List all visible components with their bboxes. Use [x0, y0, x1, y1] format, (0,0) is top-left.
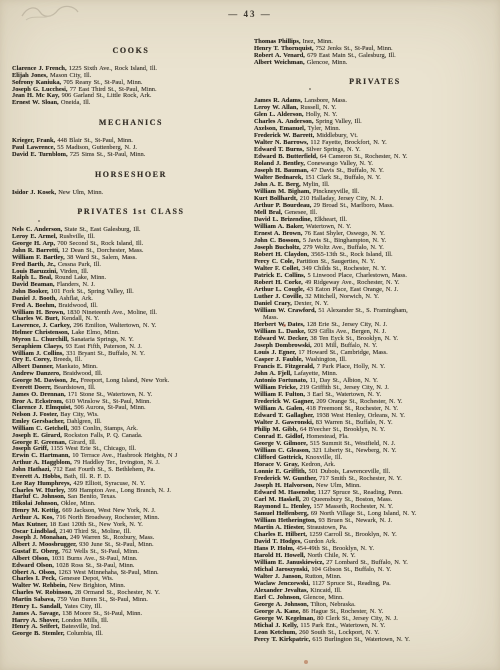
entry-name: John A. E. Berg, [254, 181, 303, 188]
roster-entry: Edward T. Burns, Silver Springs, N. Y. [254, 146, 496, 153]
roster-list: Thomas Phillips, Inez, Minn.Henry T. Tho… [254, 38, 496, 66]
entry-name: Frederick W. Gunther, [254, 475, 319, 482]
entry-name: William E. Januskiewicz, [254, 559, 326, 566]
entry-address: 32 Mitchell, Norwich, N. Y. [305, 293, 379, 300]
roster-entry: John A. Fjell, Lafayette, Minn. [254, 370, 496, 377]
entry-name: Michal J. Kelly, [254, 622, 300, 629]
roster-entry: George B. Stemler, Columbia, Ill. [12, 631, 250, 638]
roster-entry: William A. Baker, Watertown, N. Y. [254, 223, 496, 230]
entry-address: 210 Halladay, Jersey City, N. J. [300, 195, 383, 202]
roster-entry: Kurt Bollhardt, 210 Halladay, Jersey Cit… [254, 195, 496, 202]
roster-entry: George A. Kane, 86 Hague St., Rochester,… [254, 608, 496, 615]
entry-name: Charles E. Hilbert, [254, 531, 309, 538]
entry-address: 83 Warren St., Buffalo, N. Y. [316, 419, 393, 426]
entry-address: 5 Javis St., Binghampton, N. Y. [303, 237, 386, 244]
roster-entry: David T. Hodges, Gurdon Ark. [254, 538, 496, 545]
entry-name: Leon Ketchum, [254, 629, 299, 636]
entry-name: William A. Baker, [254, 223, 306, 230]
entry-address: 104 Gibson St., Buffalo, N. Y. [311, 566, 391, 573]
entry-address: North Chile, N. Y. [307, 552, 355, 559]
entry-name: Frederick W. Gagner, [254, 398, 316, 405]
roster-entry: Charles A. Anderson, Spring Valley, Ill. [254, 118, 496, 125]
roster-entry: Henry T. Thornquist, 752 Jenks St., St-P… [254, 45, 496, 52]
roster-entry: Walter J. Gawronski, 83 Warren St., Buff… [254, 419, 496, 426]
entry-name: Walter F. Collet, [254, 265, 302, 272]
roster-entry: Glen L. Alderson, Holly, N. Y. [254, 111, 496, 118]
roster-entry: William L. Danke, 929 Giflis Ave., Berge… [254, 328, 496, 335]
entry-name: Daniel Crary, [254, 300, 294, 307]
entry-name: John C. Bossom, [254, 237, 303, 244]
entry-name: Leroy W. Allan, [254, 104, 300, 111]
entry-address: 17 Howard St., Cambridge, Mass. [298, 349, 387, 356]
ink-speck [304, 660, 308, 664]
entry-name: William W. Crawford, [254, 307, 318, 314]
entry-name: Walter J. Gawronski, [254, 419, 316, 426]
entry-address: Lafayette, Minn. [294, 370, 337, 377]
entry-address: Partition St., Saugerties, N. Y. [296, 258, 375, 265]
roster-entry: Joseph H. Bauman, 47 Davis St., Buffalo,… [254, 167, 496, 174]
roster-entry: Joseph H. Halvorson, New Ulm, Minn. [254, 482, 496, 489]
entry-address: Lansbore, Mass. [304, 97, 347, 104]
entry-address: Kincaid, Ill. [310, 587, 341, 594]
entry-name: Henry T. Thornquist, [254, 45, 316, 52]
entry-name: Lonnie E. Griffith, [254, 468, 309, 475]
roster-entry: Francis E. Fitzgerald, 7 Park Place, Hol… [254, 363, 496, 370]
roster-list: James R. Adams, Lansbore, Mass.Leroy W. … [254, 97, 496, 643]
entry-address: 51 Alexander St., S. Framingham, [318, 307, 407, 314]
roster-column-right: Thomas Phillips, Inez, Minn.Henry T. Tho… [254, 38, 496, 660]
entry-name: Antonio Fortunato, [254, 377, 310, 384]
roster-entry: William W. Crawford, 51 Alexander St., S… [254, 307, 496, 321]
entry-name: Percy C. Cole, [254, 258, 296, 265]
roster-entry: Antonio Fortunato, 11, Day St., Albion, … [254, 377, 496, 384]
entry-address: 752 Jenks St., St-Paul, Minn. [316, 45, 393, 52]
entry-name: Michal Jaroszynski, [254, 566, 311, 573]
section-heading: COOKS [12, 46, 250, 55]
entry-address: Kedron, Ark. [301, 461, 335, 468]
section-heading: HORSESHOER [12, 170, 250, 179]
entry-address: Conewango Valley, N. Y. [307, 160, 373, 167]
entry-name: Arthur L. Cougle, [254, 286, 307, 293]
roster-entry: Robert H. Corke, 49 Ridgeway Ave., Roche… [254, 279, 496, 286]
entry-address: 7 Park Place, Holly, N. Y. [317, 363, 385, 370]
roster-entry: William C. Gleason, 321 Liberty St., New… [254, 447, 496, 454]
entry-address: Washington, Ill. [305, 356, 346, 363]
entry-name: William L. Danke, [254, 328, 308, 335]
roster-entry: Waclaw Jenczewski, 1127 Spruce St., Read… [254, 580, 496, 587]
entry-name: Ernest A. Brown, [254, 230, 305, 237]
entry-name: Axelson, Emanuel, [254, 125, 308, 132]
entry-name: Robert H. Corke, [254, 279, 305, 286]
roster-entry: Lonnie E. Griffith, 501 Dubois, Lawrence… [254, 468, 496, 475]
entry-address: Glencoe, Minn. [307, 59, 348, 66]
roster-entry: Samuel Helfenberg, 69 North Village St.,… [254, 510, 496, 517]
entry-name: Edward T. Gallagher, [254, 412, 316, 419]
entry-address: 679 East Main St., Galesburg, Ill. [307, 52, 396, 59]
entry-name: Casper J. Fauble, [254, 356, 305, 363]
roster-entry: David L. Brizendine, Elkheart, Ill. [254, 216, 496, 223]
entry-address: Genesee, Ill. [284, 209, 317, 216]
roster-entry: James R. Adams, Lansbore, Mass. [254, 97, 496, 104]
entry-address: 349 Childs St., Rochester, N. Y. [302, 265, 386, 272]
entry-address: 115 Park Ent., Watertown, N. Y. [300, 622, 385, 629]
entry-name: Edward M. Hasenohr, [254, 489, 318, 496]
entry-address: 615 Burlington St., Watertown, N. Y. [312, 636, 410, 643]
roster-entry: Herbert W. Dates, 128 Erie St., Jersey C… [254, 321, 496, 328]
entry-address: Holly, N. Y. [306, 111, 338, 118]
entry-address: 717 Smith St., Rochester, N. Y. [319, 475, 402, 482]
roster-entry: Arthur P. Bourdeau, 29 Broad St., Marlbo… [254, 202, 496, 209]
roster-entry: Leon Ketchum, 260 South St., Lockport, N… [254, 629, 496, 636]
entry-address: New Ulm, Minn. [316, 482, 361, 489]
roster-entry: William M. Bigham, Pinckneyville, Ill. [254, 188, 496, 195]
entry-name: Patrick E. Collins, [254, 272, 307, 279]
roster-entry: Conrad E. Gidlof, Homestead, Fla. [254, 433, 496, 440]
entry-address: 43 Eaton Place, East Orange, N. J. [307, 286, 399, 293]
roster-entry: Leroy W. Allan, Russell, N. Y. [254, 104, 496, 111]
entry-name: Ernest W. Sloan, [12, 99, 61, 106]
entry-name: Samuel Helfenberg, [254, 510, 311, 517]
entry-address: 47 Davis St., Buffalo, N. Y. [311, 167, 384, 174]
roster-entry: George W. Kegelman, 80 Clerk St., Jersey… [254, 615, 496, 622]
entry-address: 5 Linwood Place, Charlestown, Mass. [307, 272, 407, 279]
entry-name: Joseph Dombrowski, [254, 342, 314, 349]
roster-entry: Axelson, Emanuel, Tyler, Minn. [254, 125, 496, 132]
entry-name: David T. Hodges, [254, 538, 304, 545]
entry-address: Oneida, Ill. [61, 99, 91, 106]
entry-address: Dexter, N. Y. [294, 300, 329, 307]
roster-entry: Michal J. Kelly, 115 Park Ent., Watertow… [254, 622, 496, 629]
roster-entry: Frederick W. Gunther, 717 Smith St., Roc… [254, 475, 496, 482]
entry-name: William Hetherington, [254, 517, 318, 524]
entry-address: Rutton, Minn. [305, 573, 342, 580]
entry-name: Edward T. Burns, [254, 146, 306, 153]
entry-name: Percy T. Kirkpatric, [254, 636, 312, 643]
entry-address: 112 Fayette, Brockfort, N. Y. [310, 139, 386, 146]
entry-address: 1127 Spruce St., Reading, Penn. [318, 489, 403, 496]
entry-address: 501 Dubois, Lawrenceville, Ill. [309, 468, 391, 475]
entry-address: Inez, Minn. [303, 38, 333, 45]
entry-address: 157 Masseth, Rochester, N. Y. [314, 503, 394, 510]
entry-address: Glencoe, Minn. [303, 594, 344, 601]
entry-name: William A. Galen, [254, 405, 306, 412]
roster-entry: William E. Januskiewicz, 27 Lombard St.,… [254, 559, 496, 566]
entry-name: Roland J. Bentley, [254, 160, 307, 167]
roster-entry: Michal Jaroszynski, 104 Gibson St., Buff… [254, 566, 496, 573]
entry-address: 1259 Carroll St., Brooklyn, N. Y. [309, 531, 397, 538]
entry-address: Watertown, N. Y. [306, 223, 351, 230]
entry-address: 725 Sims St., St-Paul, Minn. [70, 151, 146, 158]
entry-address: 1127 Spruce St., Reading, Pa. [312, 580, 391, 587]
entry-name: Alexander Jevaltas, [254, 587, 310, 594]
entry-name: George W. Kegelman, [254, 615, 317, 622]
roster-entry: Walter F. Collet, 349 Childs St., Roches… [254, 265, 496, 272]
roster-entry: Edward W. Decker, 38 Ten Eyck St., Brook… [254, 335, 496, 342]
roster-entry: Edward B. Butterfield, 64 Cameron St., R… [254, 153, 496, 160]
entry-name: Kurt Bollhardt, [254, 195, 300, 202]
entry-address: Mylin, Ill. [303, 181, 330, 188]
roster-entry: Harold H. Howell, North Chile, N. Y. [254, 552, 496, 559]
roster-entry: Raymond L. Henley, 157 Masseth, Rocheste… [254, 503, 496, 510]
entry-name: James R. Adams, [254, 97, 304, 104]
roster-entry: Walter N. Barrows, 112 Fayette, Brockfor… [254, 139, 496, 146]
entry-address: 219 Griffith St., Jersey City, N. J. [300, 384, 389, 391]
entry-name: Walter Bednarek, [254, 174, 305, 181]
entry-address: Gurdon Ark. [304, 538, 337, 545]
roster-entry: Ernest A. Brown, 76 East Shyler, Oswego,… [254, 230, 496, 237]
entry-address: Spring Valley, Ill. [316, 118, 362, 125]
entry-name: Louis J. Egner, [254, 349, 298, 356]
entry-address: 3565-13th St., Rock Island, Ill. [311, 251, 393, 258]
entry-address: 11, Day St., Albion, N. Y. [310, 377, 378, 384]
roster-entry: Casper J. Fauble, Washington, Ill. [254, 356, 496, 363]
entry-address: 3 Earl St., Watertown, N. Y. [307, 391, 381, 398]
entry-address: Columbia, Ill. [67, 630, 103, 637]
entry-name: Joseph Bucholtz, [254, 244, 303, 251]
roster-entry: Arthur L. Cougle, 43 Eaton Place, East O… [254, 286, 496, 293]
ink-dot [38, 220, 40, 222]
roster-entry: Frederick W. Gagner, 209 Orange St., Roc… [254, 398, 496, 405]
entry-address: 209 Orange St., Rochester, N. Y. [316, 398, 402, 405]
entry-name: Waclaw Jenczewski, [254, 580, 312, 587]
section-heading: PRIVATES 1st CLASS [12, 207, 250, 216]
entry-address: 201 Mill, Buffalo, N. Y. [314, 342, 377, 349]
roster-list: Isidor J. Kosek, New Ulm, Minn. [12, 190, 250, 197]
roster-entry: Albert Weichman, Glencoe, Minn. [254, 59, 496, 66]
roster-list: Nels C. Anderson, State St., East Galesb… [12, 227, 250, 638]
roster-entry: Philip M. Gibb, 64 B'eecher St., Brookly… [254, 426, 496, 433]
roster-entry: Patrick E. Collins, 5 Linwood Place, Cha… [254, 272, 496, 279]
roster-entry: Thomas Phillips, Inez, Minn. [254, 38, 496, 45]
entry-address: 64 B'eecher St., Brooklyn, N. Y. [300, 426, 385, 433]
entry-name: William F. Fulton, [254, 391, 307, 398]
entry-name: Horace V. Gray, [254, 461, 301, 468]
roster-entry: George A. Johnson, Tilton, Nebraska. [254, 601, 496, 608]
entry-name: Isidor J. Kosek, [12, 189, 58, 196]
scanned-page: — 43 — COOKSClarence J. French, 1225 Six… [0, 0, 500, 670]
roster-entry: Walter Bednarek, 151 Clark St., Buffalo,… [254, 174, 496, 181]
roster-entry: Daniel Crary, Dexter, N. Y. [254, 300, 496, 307]
roster-entry: William A. Galen, 418 Freemont St., Roch… [254, 405, 496, 412]
roster-entry: Robert A. Venard, 679 East Main St., Gal… [254, 52, 496, 59]
entry-name: Harold H. Howell, [254, 552, 307, 559]
entry-name: Raymond L. Henley, [254, 503, 314, 510]
entry-name: Joseph H. Bauman, [254, 167, 311, 174]
entry-address: 418 Freemont St., Rochester, N. Y. [306, 405, 398, 412]
entry-address: 27 Lombard St., Buffalo, N. Y. [326, 559, 408, 566]
entry-name: David E. Turnblom, [12, 151, 70, 158]
roster-entry: Louis J. Egner, 17 Howard St., Cambridge… [254, 349, 496, 356]
roster-entry: Frederick W. Barrett, Middlebury, Vt. [254, 132, 496, 139]
entry-address: 929 Giflis Ave., Bergen, N. J. [308, 328, 386, 335]
roster-entry: Walter J. Janson, Rutton, Minn. [254, 573, 496, 580]
entry-name: Francis E. Fitzgerald, [254, 363, 317, 370]
entry-name: Philip M. Gibb, [254, 426, 300, 433]
entry-name: George V. Gilmore, [254, 440, 310, 447]
entry-name: George A. Kane, [254, 608, 302, 615]
roster-entry: Joseph Bucholtz, 279 Woltz Ave., Buffalo… [254, 244, 496, 251]
entry-address: 321 Liberty St., Newberg, N. Y. [312, 447, 396, 454]
entry-name: Glen L. Alderson, [254, 111, 306, 118]
ink-dot [309, 88, 311, 90]
roster-entry: Mell Bral, Genesee, Ill. [254, 209, 496, 216]
roster-entry: Hans P. Holm, 454-49th St., Brooklyn, N.… [254, 545, 496, 552]
roster-entry: David E. Turnblom, 725 Sims St., St-Paul… [12, 152, 250, 159]
entry-address: Tyler, Minn. [308, 125, 340, 132]
entry-address: 76 East Shyler, Oswego, N. Y. [305, 230, 385, 237]
roster-entry: Isidor J. Kosek, New Ulm, Minn. [12, 190, 250, 197]
entry-address: Elkheart, Ill. [314, 216, 347, 223]
entry-name: Robert A. Venard, [254, 52, 307, 59]
roster-entry: Clifford Gottrick, Knoxville, Ill. [254, 454, 496, 461]
roster-column-left: COOKSClarence J. French, 1225 Sixth Ave.… [12, 42, 250, 654]
entry-name: Thomas Phillips, [254, 38, 303, 45]
entry-name: Hans P. Holm, [254, 545, 297, 552]
roster-entry: William Fricke, 219 Griffith St., Jersey… [254, 384, 496, 391]
entry-name: George B. Stemler, [12, 630, 67, 637]
entry-name: Clifford Gottrick, [254, 454, 305, 461]
entry-address: 20 Queensbury St., Boston, Mass. [303, 496, 392, 503]
entry-name: David L. Brizendine, [254, 216, 314, 223]
roster-entry: Martin A. Hiester, Straustown, Pa. [254, 524, 496, 531]
entry-name: William C. Gleason, [254, 447, 312, 454]
entry-address: 128 Erie St., Jersey City, N. J. [307, 321, 387, 328]
entry-name: Albert Weichman, [254, 59, 307, 66]
entry-address-wrap: Mass. [254, 314, 496, 321]
roster-list: Clarence J. French, 1225 Sixth Ave., Roc… [12, 66, 250, 107]
entry-name: Edward B. Butterfield, [254, 153, 320, 160]
entry-address: Knoxville, Ill. [305, 454, 342, 461]
roster-entry: Roland J. Bentley, Conewango Valley, N. … [254, 160, 496, 167]
entry-name: Joseph H. Halvorson, [254, 482, 316, 489]
entry-name: Earl C. Johnson, [254, 594, 303, 601]
entry-address: Russell, N. Y. [300, 104, 336, 111]
entry-name: William M. Bigham, [254, 188, 313, 195]
roster-entry: Joseph Dombrowski, 201 Mill, Buffalo, N.… [254, 342, 496, 349]
entry-name: William Fricke, [254, 384, 300, 391]
entry-address: 86 Hague St., Rochester, N. Y. [302, 608, 383, 615]
entry-name: Arthur P. Bourdeau, [254, 202, 314, 209]
roster-entry: Horace V. Gray, Kedron, Ark. [254, 461, 496, 468]
page-number: — 43 — [0, 9, 500, 19]
roster-list: Krieger, Frank, 448 Blair St., St-Paul, … [12, 138, 250, 159]
entry-address: Pinckneyville, Ill. [313, 188, 359, 195]
entry-address: 260 South St., Lockport, N. Y. [299, 629, 379, 636]
section-heading: MECHANICS [12, 118, 250, 127]
entry-address: Homestead, Fla. [306, 433, 348, 440]
entry-name: Edward W. Decker, [254, 335, 310, 342]
entry-name: Robert H. Claydon, [254, 251, 311, 258]
entry-address: 80 Clerk St., Jersey City, N. J. [317, 615, 398, 622]
ink-speck [283, 324, 286, 327]
entry-address: 1938 West Henley, Orleans, N. Y. [316, 412, 405, 419]
entry-address: Silver Springs, N. Y. [306, 146, 360, 153]
roster-entry: Alexander Jevaltas, Kincaid, Ill. [254, 587, 496, 594]
entry-address: 69 North Village St., Long Island, N. Y. [311, 510, 417, 517]
entry-name: Herbert W. Dates, [254, 321, 307, 328]
entry-address: 151 Clark St., Buffalo, N. Y. [305, 174, 381, 181]
entry-name: Walter J. Janson, [254, 573, 305, 580]
roster-entry: Edward M. Hasenohr, 1127 Spruce St., Rea… [254, 489, 496, 496]
roster-entry: Percy C. Cole, Partition St., Saugerties… [254, 258, 496, 265]
entry-name: Charles A. Anderson, [254, 118, 316, 125]
entry-address: 49 Ridgeway Ave., Rochester, N. Y. [305, 279, 400, 286]
entry-address: Tilton, Nebraska. [311, 601, 356, 608]
roster-entry: George V. Gilmore, 515 Summit St., Westf… [254, 440, 496, 447]
entry-address: 93 Bruen St., Newark, N. J. [318, 517, 392, 524]
roster-entry: Carl M. Haskell, 20 Queensbury St., Bost… [254, 496, 496, 503]
entry-name: Frederick W. Barrett, [254, 132, 316, 139]
entry-address: 64 Cameron St., Rochester, N. Y. [320, 153, 408, 160]
entry-name: Luther J. Coville, [254, 293, 305, 300]
entry-name: Carl M. Haskell, [254, 496, 303, 503]
roster-entry: Luther J. Coville, 32 Mitchell, Norwich,… [254, 293, 496, 300]
roster-entry: Earl C. Johnson, Glencoe, Minn. [254, 594, 496, 601]
roster-entry: William F. Fulton, 3 Earl St., Watertown… [254, 391, 496, 398]
entry-name: Walter N. Barrows, [254, 139, 310, 146]
entry-address: 515 Summit St., Westfield, N. J. [310, 440, 395, 447]
entry-address: New Ulm, Minn. [58, 189, 103, 196]
roster-entry: Robert H. Claydon, 3565-13th St., Rock I… [254, 251, 496, 258]
entry-address: 38 Ten Eyck St., Brooklyn, N. Y. [310, 335, 398, 342]
roster-entry: William Hetherington, 93 Bruen St., Newa… [254, 517, 496, 524]
entry-name: Martin A. Hiester, [254, 524, 307, 531]
entry-name: John A. Fjell, [254, 370, 294, 377]
entry-address: Middlebury, Vt. [316, 132, 357, 139]
roster-entry: John A. E. Berg, Mylin, Ill. [254, 181, 496, 188]
entry-name: George A. Johnson, [254, 601, 311, 608]
roster-entry: Edward T. Gallagher, 1938 West Henley, O… [254, 412, 496, 419]
entry-address: 279 Woltz Ave., Buffalo, N. Y. [303, 244, 384, 251]
roster-entry: Percy T. Kirkpatric, 615 Burlington St.,… [254, 636, 496, 643]
section-heading: PRIVATES [254, 77, 496, 86]
entry-address: 29 Broad St., Marlboro, Mass. [314, 202, 394, 209]
roster-entry: Ernest W. Sloan, Oneida, Ill. [12, 100, 250, 107]
roster-entry: Charles E. Hilbert, 1259 Carroll St., Br… [254, 531, 496, 538]
entry-name: Conrad E. Gidlof, [254, 433, 306, 440]
roster-entry: John C. Bossom, 5 Javis St., Binghampton… [254, 237, 496, 244]
entry-address: 454-49th St., Brooklyn, N. Y. [297, 545, 375, 552]
entry-name: Mell Bral, [254, 209, 284, 216]
entry-address: Straustown, Pa. [307, 524, 348, 531]
